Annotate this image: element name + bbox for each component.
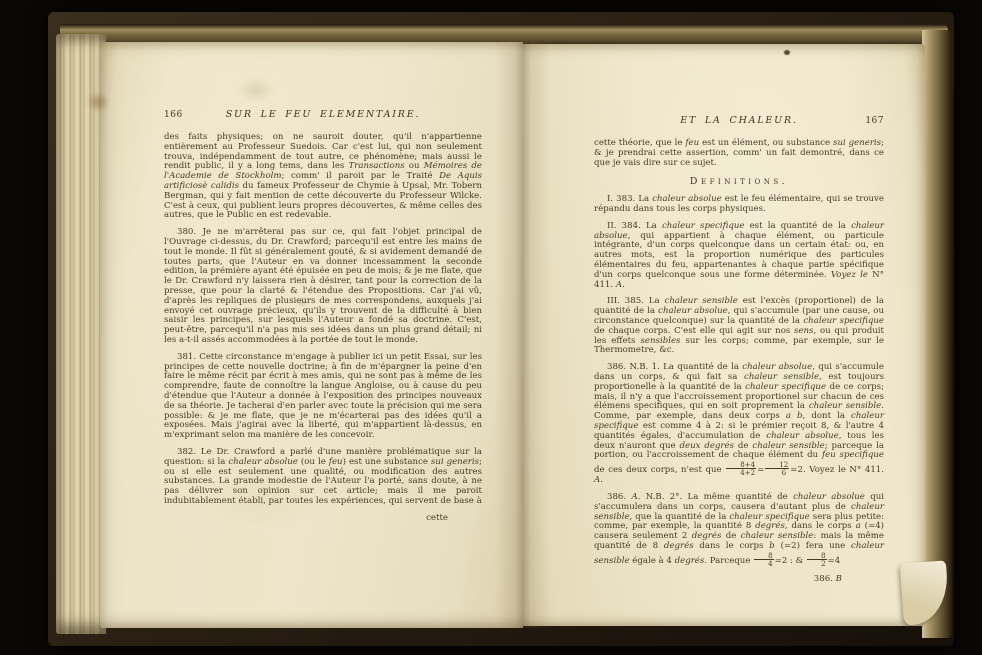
book-top-edge <box>60 24 948 44</box>
photo-background: 166 SUR LE FEU ELEMENTAIRE. des faits ph… <box>0 0 982 655</box>
right-page-text-block: ET LA CHALEUR. 167 cette théorie, que le… <box>594 115 884 584</box>
right-page: ET LA CHALEUR. 167 cette théorie, que le… <box>523 44 925 626</box>
left-page: 166 SUR LE FEU ELEMENTAIRE. des faits ph… <box>100 42 523 628</box>
paragraph-381: 381. Cette circonstance m'engage à publi… <box>164 353 482 441</box>
signature-mark: 386. B <box>594 574 884 584</box>
left-page-text-block: 166 SUR LE FEU ELEMENTAIRE. des faits ph… <box>164 109 482 523</box>
left-running-title: SUR LE FEU ELEMENTAIRE. <box>204 109 442 120</box>
right-page-number: 167 <box>844 116 884 126</box>
book-fore-edge-right <box>922 30 952 638</box>
right-running-title: ET LA CHALEUR. <box>634 115 844 126</box>
left-page-number: 166 <box>164 110 204 120</box>
right-running-head: ET LA CHALEUR. 167 <box>594 115 884 126</box>
continued-paragraph: des faits physiques; on ne sauroit doute… <box>164 133 482 221</box>
paragraph-380: 380. Je ne m'arrêterai pas sur ce, qui f… <box>164 228 482 346</box>
paragraph-382: 382. Le Dr. Crawford a parlé d'une maniè… <box>164 448 482 507</box>
catchword: cette <box>164 514 482 524</box>
continued-paragraph-right: cette théorie, que le feu est un élément… <box>594 139 884 168</box>
page-stack-left <box>56 34 106 634</box>
definition-384: II. 384. La chaleur specifique est la qu… <box>594 222 884 291</box>
definition-383: I. 383. La chaleur absolue est le feu él… <box>594 195 884 215</box>
left-running-head: 166 SUR LE FEU ELEMENTAIRE. <box>164 109 482 120</box>
definition-385: III. 385. La chaleur sensible est l'excè… <box>594 297 884 356</box>
note-386a: 386. A. N.B. 2°. La même quantité de cha… <box>594 493 884 567</box>
note-386: 386. N.B. 1. La quantité de la chaleur a… <box>594 363 884 486</box>
definitions-heading: Definitions. <box>594 177 884 187</box>
